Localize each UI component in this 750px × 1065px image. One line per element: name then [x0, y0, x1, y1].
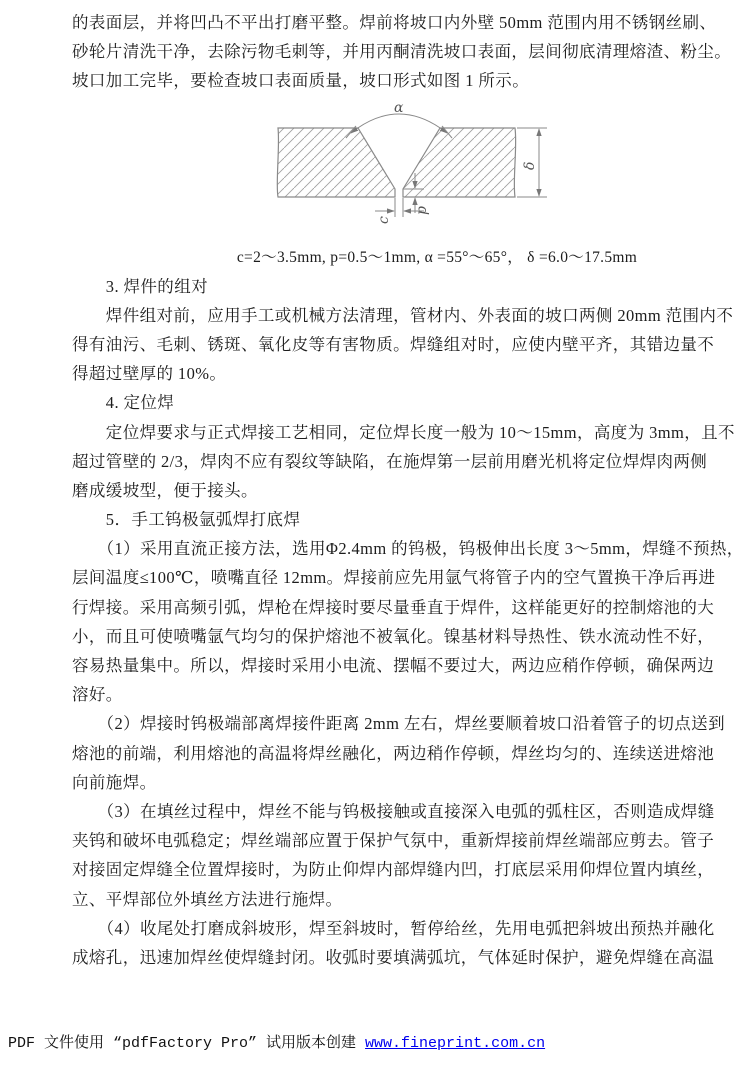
text-line: （1）采用直流正接方法，选用Φ2.4mm 的钨极，钨极伸出长度 3～5mm，焊缝…	[72, 534, 712, 563]
text-line: 得超过壁厚的 10%。	[72, 359, 712, 388]
right-plate	[403, 128, 516, 197]
footer: PDF 文件使用 “pdfFactory Pro” 试用版本创建 www.fin…	[8, 1031, 545, 1052]
text-line: 得有油污、毛刺、锈斑、氧化皮等有害物质。焊缝组对时，应使内壁平齐，其错边量不	[72, 330, 712, 359]
alpha-label: α	[394, 100, 404, 116]
text-line: 容易热量集中。所以，焊接时采用小电流、摆幅不要过大，两边应稍作停顿，确保两边	[72, 651, 712, 680]
weld-groove-figure: α δ p c	[72, 98, 712, 243]
section-3-heading: 3. 焊件的组对	[72, 272, 712, 301]
text-line: 定位焊要求与正式焊接工艺相同，定位焊长度一般为 10～15mm，高度为 3mm，…	[72, 418, 712, 447]
footer-text: PDF 文件使用 “pdfFactory Pro” 试用版本创建	[8, 1035, 365, 1052]
text-line: 对接固定焊缝全位置焊接时，为防止仰焊内部焊缝内凹，打底层采用仰焊位置内填丝，	[72, 855, 712, 884]
text-line: 坡口加工完毕，要检查坡口表面质量，坡口形式如图 1 所示。	[72, 66, 712, 95]
page-content: 的表面层，并将凹凸不平出打磨平整。焊前将坡口内外壁 50mm 范围内用不锈钢丝刷…	[72, 8, 712, 972]
text-line: （3）在填丝过程中，焊丝不能与钨极接触或直接深入电弧的弧柱区，否则造成焊缝	[72, 797, 712, 826]
text-line: 成熔孔，迅速加焊丝使焊缝封闭。收弧时要填满弧坑，气体延时保护，避免焊缝在高温	[72, 943, 712, 972]
text-line: 焊件组对前，应用手工或机械方法清理，管材内、外表面的坡口两侧 20mm 范围内不	[72, 301, 712, 330]
text-line: 磨成缓坡型，便于接头。	[72, 476, 712, 505]
section-4-heading: 4. 定位焊	[72, 388, 712, 417]
delta-label: δ	[522, 161, 538, 169]
text-line: 熔池的前端，利用熔池的高温将焊丝融化，两边稍作停顿，焊丝均匀的、连续送进熔池	[72, 739, 712, 768]
text-line: 小，而且可使喷嘴氩气均匀的保护熔池不被氧化。镍基材料导热性、铁水流动性不好，	[72, 622, 712, 651]
angle-arc	[351, 114, 447, 133]
section-5-heading: 5．手工钨极氩弧焊打底焊	[72, 505, 712, 534]
text-line: （4）收尾处打磨成斜坡形，焊至斜坡时，暂停给丝，先用电弧把斜坡出预热并融化	[72, 914, 712, 943]
text-line: 超过管壁的 2/3，焊肉不应有裂纹等缺陷，在施焊第一层前用磨光机将定位焊焊肉两侧	[72, 447, 712, 476]
footer-link[interactable]: www.fineprint.com.cn	[365, 1035, 545, 1052]
figure-caption: c=2～3.5mm, p=0.5～1mm, α =55°～65°， δ =6.0…	[72, 243, 712, 272]
text-line: 层间温度≤100℃，喷嘴直径 12mm。焊接前应先用氩气将管子内的空气置换干净后…	[72, 563, 712, 592]
weld-groove-diagram: α δ p c	[274, 98, 564, 238]
text-line: 行焊接。采用高频引弧，焊枪在焊接时要尽量垂直于焊件，这样能更好的控制熔池的大	[72, 593, 712, 622]
text-line: 砂轮片清洗干净，去除污物毛刺等，并用丙酮清洗坡口表面，层间彻底清理熔渣、粉尘。	[72, 37, 712, 66]
left-plate	[277, 128, 395, 197]
c-label: c	[376, 216, 392, 224]
text-line: 立、平焊部位外填丝方法进行施焊。	[72, 885, 712, 914]
text-line: 的表面层，并将凹凸不平出打磨平整。焊前将坡口内外壁 50mm 范围内用不锈钢丝刷…	[72, 8, 712, 37]
text-line: 夹钨和破坏电弧稳定；焊丝端部应置于保护气氛中，重新焊接前焊丝端部应剪去。管子	[72, 826, 712, 855]
text-line: （2）焊接时钨极端部离焊接件距离 2mm 左右，焊丝要顺着坡口沿着管子的切点送到	[72, 709, 712, 738]
text-line: 向前施焊。	[72, 768, 712, 797]
text-line: 溶好。	[72, 680, 712, 709]
